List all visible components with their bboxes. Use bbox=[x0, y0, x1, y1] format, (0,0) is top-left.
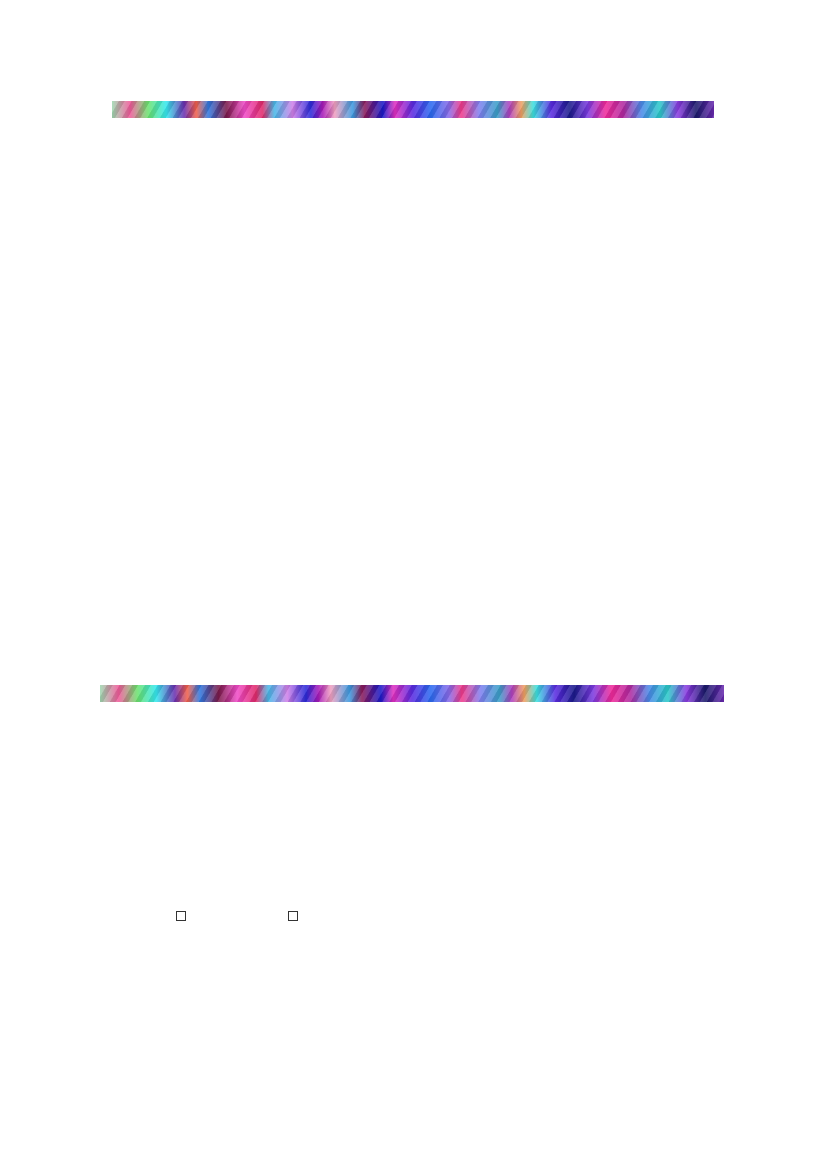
option-america[interactable] bbox=[284, 908, 298, 924]
question-3 bbox=[122, 851, 148, 867]
question-1 bbox=[122, 810, 148, 826]
question-4 bbox=[122, 1026, 148, 1042]
checkbox-england[interactable] bbox=[176, 911, 186, 921]
checkbox-america[interactable] bbox=[288, 911, 298, 921]
option-england[interactable] bbox=[148, 908, 186, 924]
question-2 bbox=[122, 831, 148, 847]
question-5 bbox=[122, 1046, 148, 1062]
decorative-band-bottom bbox=[100, 685, 724, 702]
decorative-band-top bbox=[112, 101, 714, 118]
